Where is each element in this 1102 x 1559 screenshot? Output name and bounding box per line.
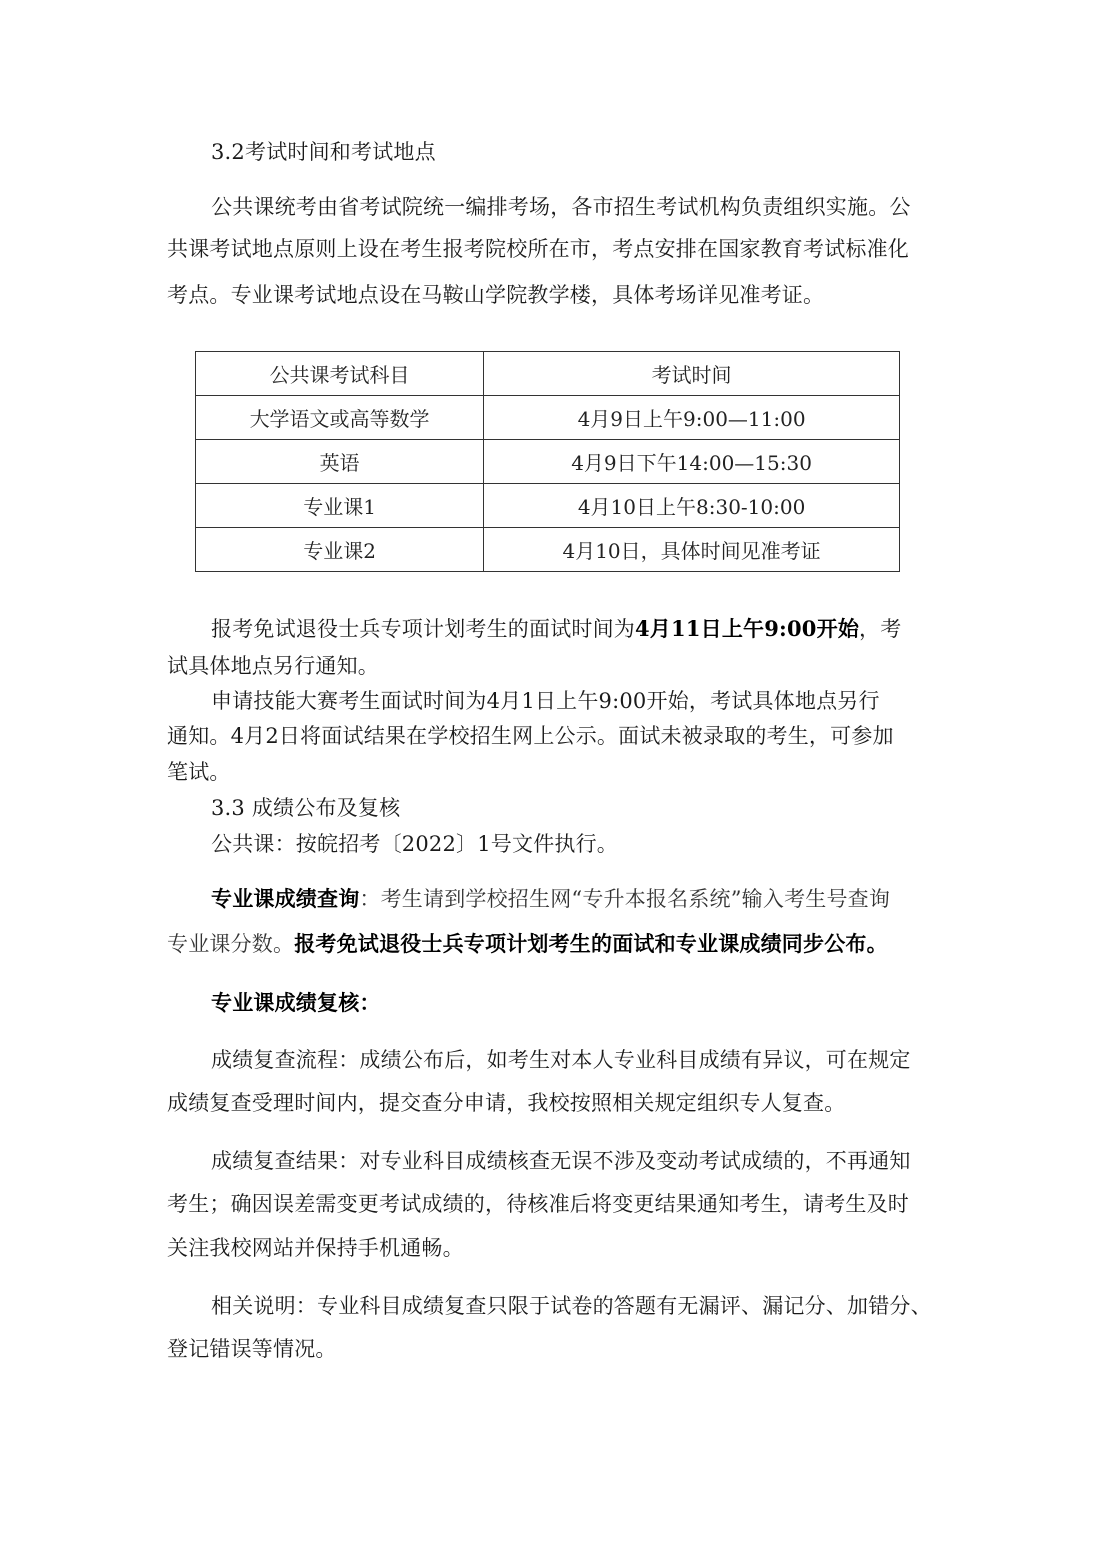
table-cell-subject: 专业课1	[196, 484, 484, 528]
exam-schedule-table: 公共课考试科目 考试时间 大学语文或高等数学 4月9日上午9:00—11:00 …	[195, 351, 900, 572]
section-3-2-heading: 3.2考试时间和考试地点	[211, 137, 937, 167]
text: ，考	[859, 617, 901, 641]
table-row: 专业课2 4月10日，具体时间见准考证	[196, 528, 900, 572]
table-header-cell: 考试时间	[484, 352, 900, 396]
table-cell-time: 4月10日，具体时间见准考证	[484, 528, 900, 572]
paragraph-line: 关注我校网站并保持手机通畅。	[167, 1233, 937, 1263]
document-page: 3.2考试时间和考试地点 公共课统考由省考试院统一编排考场，各市招生考试机构负责…	[0, 0, 1102, 1559]
sync-publish-bold: 报考免试退役士兵专项计划考生的面试和专业课成绩同步公布。	[294, 931, 888, 956]
paragraph-line: 成绩复查流程：成绩公布后，如考生对本人专业科目成绩有异议，可在规定	[211, 1045, 937, 1075]
interview-time-bold: 4月11日上午9:00开始	[635, 616, 859, 641]
paragraph-line: 试具体地点另行通知。	[167, 651, 937, 681]
score-query-line-2: 专业课分数。报考免试退役士兵专项计划考生的面试和专业课成绩同步公布。	[167, 929, 937, 959]
paragraph-line: 考生；确因误差需变更考试成绩的，待核准后将变更结果通知考生，请考生及时	[167, 1189, 937, 1219]
table-cell-time: 4月9日上午9:00—11:00	[484, 396, 900, 440]
table-row: 大学语文或高等数学 4月9日上午9:00—11:00	[196, 396, 900, 440]
table-header-cell: 公共课考试科目	[196, 352, 484, 396]
review-heading: 专业课成绩复核：	[211, 988, 937, 1018]
public-course-line: 公共课：按皖招考〔2022〕1号文件执行。	[211, 829, 937, 859]
table-row: 专业课1 4月10日上午8:30-10:00	[196, 484, 900, 528]
paragraph-line: 考点。专业课考试地点设在马鞍山学院教学楼，具体考场详见准考证。	[167, 280, 937, 310]
text: ：考生请到学校招生网“专升本报名系统”输入考生号查询	[359, 887, 890, 911]
table-cell-subject: 英语	[196, 440, 484, 484]
table-row: 英语 4月9日下午14:00—15:30	[196, 440, 900, 484]
score-query-label: 专业课成绩查询	[211, 886, 359, 911]
paragraph-line: 申请技能大赛考生面试时间为4月1日上午9:00开始，考试具体地点另行	[211, 686, 937, 716]
table-cell-subject: 专业课2	[196, 528, 484, 572]
paragraph-line: 笔试。	[167, 757, 937, 787]
table-cell-subject: 大学语文或高等数学	[196, 396, 484, 440]
section-3-3-heading: 3.3 成绩公布及复核	[211, 793, 937, 823]
paragraph-line: 成绩复查结果：对专业科目成绩核查无误不涉及变动考试成绩的，不再通知	[211, 1146, 937, 1176]
paragraph-line: 共课考试地点原则上设在考生报考院校所在市，考点安排在国家教育考试标准化	[167, 234, 937, 264]
text: 报考免试退役士兵专项计划考生的面试时间为	[211, 617, 635, 641]
table-header-row: 公共课考试科目 考试时间	[196, 352, 900, 396]
score-query-line: 专业课成绩查询：考生请到学校招生网“专升本报名系统”输入考生号查询	[211, 884, 937, 914]
paragraph-line: 公共课统考由省考试院统一编排考场，各市招生考试机构负责组织实施。公	[211, 192, 937, 222]
veteran-interview-line: 报考免试退役士兵专项计划考生的面试时间为4月11日上午9:00开始，考	[211, 614, 937, 644]
paragraph-line: 相关说明：专业科目成绩复查只限于试卷的答题有无漏评、漏记分、加错分、	[211, 1291, 937, 1321]
paragraph-line: 通知。4月2日将面试结果在学校招生网上公示。面试未被录取的考生，可参加	[167, 721, 937, 751]
paragraph-line: 成绩复查受理时间内，提交查分申请，我校按照相关规定组织专人复查。	[167, 1088, 937, 1118]
paragraph-line: 登记错误等情况。	[167, 1334, 937, 1364]
table-cell-time: 4月10日上午8:30-10:00	[484, 484, 900, 528]
text: 专业课分数。	[167, 932, 294, 956]
table-cell-time: 4月9日下午14:00—15:30	[484, 440, 900, 484]
